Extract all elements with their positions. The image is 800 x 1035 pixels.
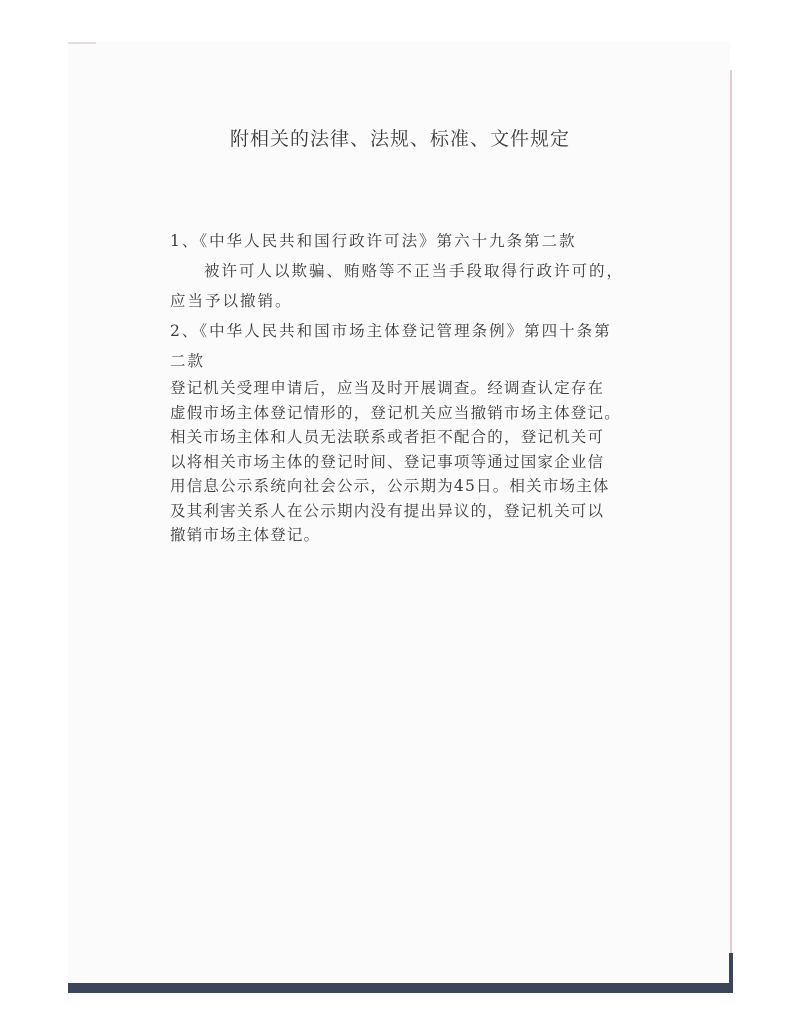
paragraph-line: 用信息公示系统向社会公示，公示期为45日。相关市场主体: [170, 474, 640, 499]
paragraph-line: 登记机关受理申请后，应当及时开展调查。经调查认定存在: [170, 376, 640, 401]
section-heading: 1、《中华人民共和国行政许可法》第六十九条第二款: [170, 226, 640, 256]
section-2: 2、《中华人民共和国市场主体登记管理条例》第四十条第 二款 登记机关受理申请后，…: [170, 316, 640, 548]
document-body: 1、《中华人民共和国行政许可法》第六十九条第二款 被许可人以欺骗、贿赂等不正当手…: [170, 226, 640, 548]
paragraph-line: 相关市场主体和人员无法联系或者拒不配合的，登记机关可: [170, 425, 640, 450]
page-title: 附相关的法律、法规、标准、文件规定: [0, 124, 800, 151]
paragraph-line: 虚假市场主体登记情形的，登记机关应当撤销市场主体登记。: [170, 401, 640, 426]
paragraph-line: 以将相关市场主体的登记时间、登记事项等通过国家企业信: [170, 450, 640, 475]
section-1: 1、《中华人民共和国行政许可法》第六十九条第二款 被许可人以欺骗、贿赂等不正当手…: [170, 226, 640, 316]
paragraph-line: 被许可人以欺骗、贿赂等不正当手段取得行政许可的，: [170, 256, 640, 286]
paragraph-line: 撤销市场主体登记。: [170, 523, 640, 548]
section-2-paragraph: 登记机关受理申请后，应当及时开展调查。经调查认定存在 虚假市场主体登记情形的，登…: [170, 376, 640, 548]
scan-edge-bottom: [68, 983, 733, 993]
section-heading: 2、《中华人民共和国市场主体登记管理条例》第四十条第: [170, 316, 640, 346]
paragraph-line: 及其利害关系人在公示期内没有提出异议的，登记机关可以: [170, 499, 640, 524]
paragraph-line: 应当予以撤销。: [170, 286, 640, 316]
section-heading-continued: 二款: [170, 346, 640, 376]
scan-edge-right: [730, 70, 732, 955]
scan-edge-top: [68, 42, 96, 44]
